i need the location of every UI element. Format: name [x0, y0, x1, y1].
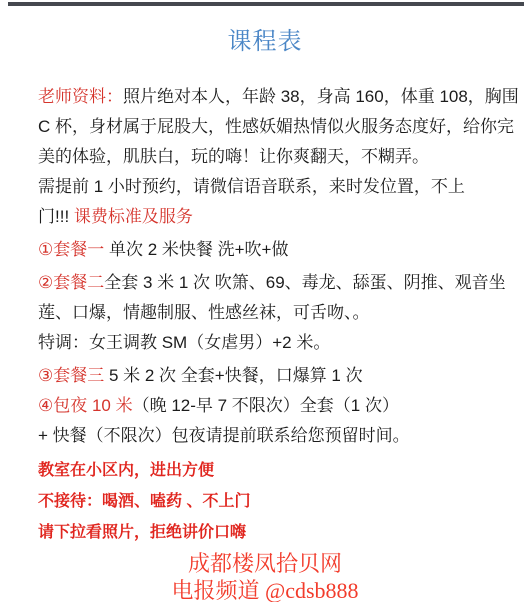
booking-line-1: 需提前 1 小时预约，请微信语音联系，来时发位置，不上: [38, 172, 516, 202]
package-2-text: 全套 3 米 1 次 吹箫、69、毒龙、舔蛋、阴推、观音坐: [104, 273, 505, 292]
notice-location: 教室在小区内，进出方便: [38, 455, 516, 486]
package-3-line: ③套餐三 5 米 2 次 全套+快餐，口爆算 1 次: [38, 361, 516, 391]
price-section-heading: 课费标准及服务: [74, 207, 193, 226]
page-title: 课程表: [0, 27, 530, 57]
profile-label: 老师资料：: [38, 87, 123, 106]
profile-line-1-text: 照片绝对本人，年龄 38，身高 160，体重 108，胸围: [123, 87, 519, 106]
notice-restrictions: 不接待：喝酒、嗑药 、不上门: [38, 486, 516, 517]
package-2-line: ②套餐二全套 3 米 1 次 吹箫、69、毒龙、舔蛋、阴推、观音坐: [38, 268, 516, 298]
package-4-line: ④包夜 10 米（晚 12-早 7 不限次）全套（1 次）: [38, 391, 516, 421]
booking-line-2: 门!!! 课费标准及服务: [38, 202, 516, 232]
package-2-label: ②套餐二: [38, 273, 104, 292]
notices-section: 教室在小区内，进出方便 不接待：喝酒、嗑药 、不上门 请下拉看照片，拒绝讲价口嗨: [38, 455, 516, 548]
package-4-label: ④包夜 10 米: [38, 396, 133, 415]
notice-photos: 请下拉看照片，拒绝讲价口嗨: [38, 517, 516, 548]
package-4-extra-line: + 快餐（不限次）包夜请提前联系给您预留时间。: [38, 421, 516, 451]
package-2-wrap-line: 莲、口爆，情趣制服、性感丝袜，可舌吻、。: [38, 298, 516, 328]
package-1-line: ①套餐一 单次 2 米快餐 洗+吹+做: [38, 235, 516, 265]
top-divider: [8, 2, 524, 6]
document-body: 老师资料：照片绝对本人，年龄 38，身高 160，体重 108，胸围 C 杯，身…: [38, 82, 516, 548]
footer-site-name: 成都楼凤拾贝网: [0, 550, 530, 577]
footer-telegram-channel: 电报频道 @cdsb888: [0, 577, 530, 602]
profile-line-3: 美的体验，肌肤白，玩的嗨！让你爽翻天，不糊弄。: [38, 142, 516, 172]
package-3-label: ③套餐三: [38, 366, 104, 385]
special-service-line: 特调：女王调教 SM（女虐男）+2 米。: [38, 328, 516, 358]
package-1-label: ①套餐一: [38, 240, 104, 259]
package-1-text: 单次 2 米快餐 洗+吹+做: [104, 240, 288, 259]
profile-line-1: 老师资料：照片绝对本人，年龄 38，身高 160，体重 108，胸围: [38, 82, 516, 112]
profile-line-2: C 杯，身材属于屁股大，性感妖媚热情似火服务态度好，给你完: [38, 112, 516, 142]
package-3-text: 5 米 2 次 全套+快餐，口爆算 1 次: [104, 366, 362, 385]
booking-line-2-prefix: 门!!!: [38, 207, 74, 226]
package-4-text: （晚 12-早 7 不限次）全套（1 次）: [133, 396, 399, 415]
footer: 成都楼凤拾贝网 电报频道 @cdsb888: [0, 550, 530, 602]
